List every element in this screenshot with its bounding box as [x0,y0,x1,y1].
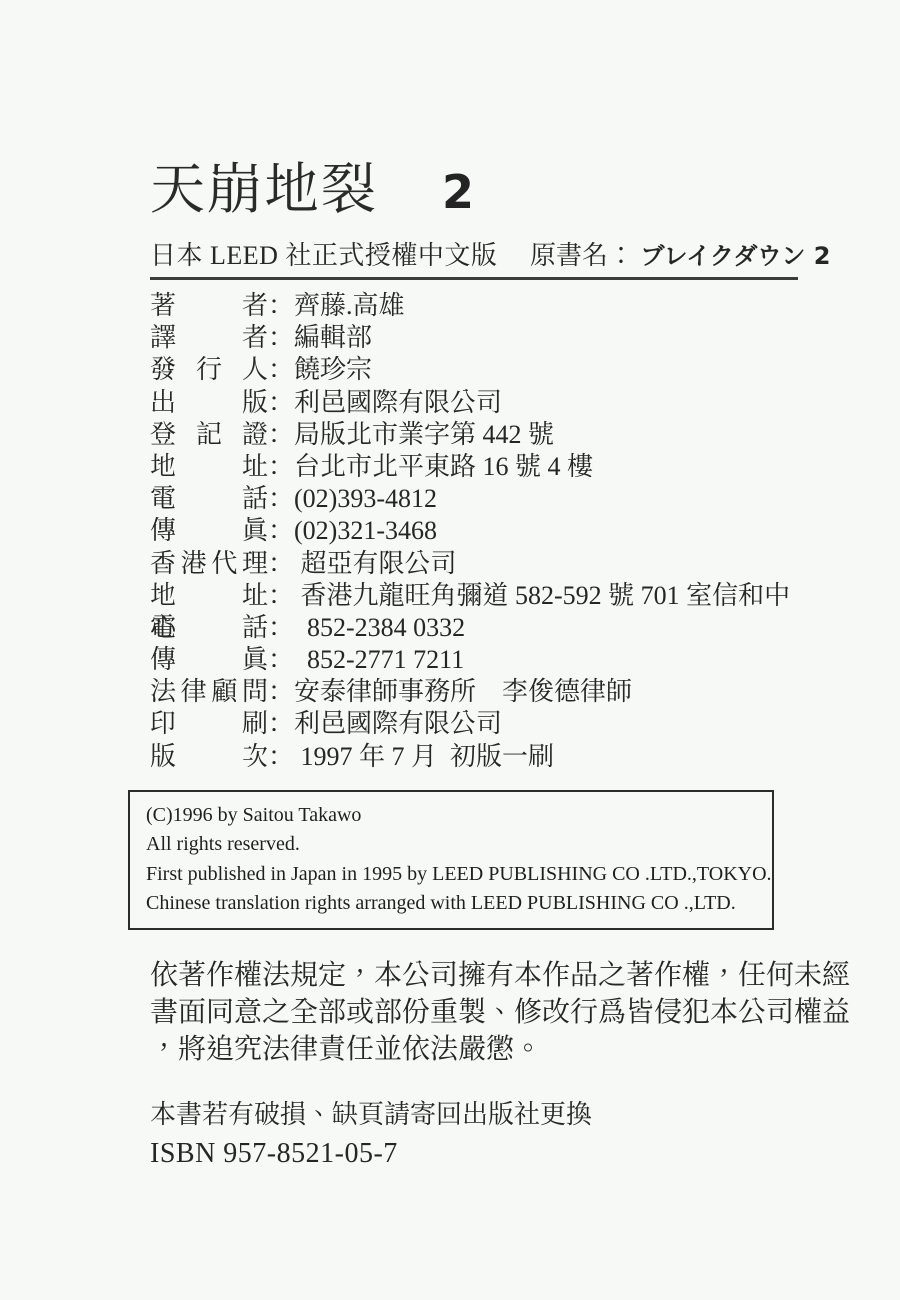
colophon-row-label: 傳眞 [150,515,268,547]
legal-notice-line: 依著作權法規定，本公司擁有本作品之著作權，任何未經 [150,957,798,994]
colophon-row-label: 電話 [150,483,268,515]
book-title: 天崩地裂 [150,145,378,224]
colophon-row-value: 1997 年 7 月 初版一刷 [294,742,554,771]
colophon-row-label: 地址 [150,580,268,612]
legal-notice-line: 書面同意之全部或部份重製、修改行爲皆侵犯本公司權益 [150,994,798,1031]
colophon-row-value: (02)321-3468 [294,516,437,545]
colophon-row: 出版：利邑國際有限公司 [150,387,798,419]
colophon-row: 電話： 852-2384 0332 [150,612,798,644]
colophon-row-value: 編輯部 [294,323,372,352]
colophon-row-colon: ： [268,451,294,483]
title-block: 天崩地裂 2 [150,145,798,217]
colophon-row-value: 852-2771 7211 [294,645,464,674]
colophon-row: 印刷：利邑國際有限公司 [150,708,798,740]
isbn-number: ISBN 957-8521-05-7 [150,1136,798,1172]
colophon-row-label: 發行人 [150,354,268,386]
colophon-row-value: 局版北市業字第 442 號 [294,420,554,449]
colophon-row-colon: ： [268,676,294,708]
copyright-line: (C)1996 by Saitou Takawo [146,801,756,831]
colophon-row: 傳眞：(02)321-3468 [150,515,798,547]
colophon-row-label: 版次 [150,741,268,773]
colophon-row-label: 出版 [150,387,268,419]
colophon-row-value: 利邑國際有限公司 [294,709,502,738]
book-volume-number: 2 [442,165,474,219]
colophon-row-colon: ： [268,483,294,515]
colophon-row: 登記證：局版北市業字第 442 號 [150,419,798,451]
original-title-label: 原書名： [530,241,634,270]
footer-block: 本書若有破損、缺頁請寄回出版社更換 ISBN 957-8521-05-7 [150,1098,798,1172]
colophon-row-label: 譯者 [150,322,268,354]
legal-notice-line: ，將追究法律責任並依法嚴懲。 [150,1031,798,1068]
original-title-text: ブレイクダウン 2 [640,242,830,270]
colophon-row-label: 法律顧問 [150,676,268,708]
colophon-row-label: 電話 [150,612,268,644]
damaged-copy-notice: 本書若有破損、缺頁請寄回出版社更換 [150,1098,798,1132]
colophon-row-label: 傳眞 [150,644,268,676]
colophon-row-colon: ： [268,387,294,419]
colophon-row-value: 852-2384 0332 [294,613,465,642]
copyright-line: All rights reserved. [146,830,756,860]
colophon-row: 版次： 1997 年 7 月 初版一刷 [150,741,798,773]
colophon-row-value: 齊藤.高雄 [294,291,405,320]
colophon-row-colon: ： [268,644,294,676]
colophon-row: 香港代理： 超亞有限公司 [150,548,798,580]
colophon-row-label: 登記證 [150,419,268,451]
colophon-row-colon: ： [268,708,294,740]
license-text: 日本 LEED 社正式授權中文版 [150,241,497,270]
colophon-row: 發行人：饒珍宗 [150,354,798,386]
colophon-row-colon: ： [268,354,294,386]
colophon-rows: 著者：齊藤.高雄 譯者：編輯部 發行人：饒珍宗 出版：利邑國際有限公司 登記證：… [150,290,798,773]
colophon-row-colon: ： [268,612,294,644]
colophon-row-value: 安泰律師事務所 李俊德律師 [294,677,632,706]
legal-notice: 依著作權法規定，本公司擁有本作品之著作權，任何未經 書面同意之全部或部份重製、修… [150,957,798,1068]
page-content: 天崩地裂 2 日本 LEED 社正式授權中文版 原書名： ブレイクダウン 2 著… [150,145,798,1172]
colophon-row: 電話：(02)393-4812 [150,483,798,515]
colophon-row: 傳眞： 852-2771 7211 [150,644,798,676]
colophon-row-colon: ： [268,322,294,354]
copyright-line: First published in Japan in 1995 by LEED… [146,860,756,890]
colophon-row-colon: ： [268,580,294,612]
colophon-row: 譯者：編輯部 [150,322,798,354]
colophon-row-colon: ： [268,548,294,580]
colophon-row-colon: ： [268,515,294,547]
colophon-row: 著者：齊藤.高雄 [150,290,798,322]
license-subtitle: 日本 LEED 社正式授權中文版 原書名： ブレイクダウン 2 [150,235,798,280]
scanned-colophon-page: 天崩地裂 2 日本 LEED 社正式授權中文版 原書名： ブレイクダウン 2 著… [0,0,900,1300]
colophon-row-colon: ： [268,290,294,322]
colophon-row-value: 饒珍宗 [294,355,372,384]
colophon-row: 法律顧問：安泰律師事務所 李俊德律師 [150,676,798,708]
colophon-row-label: 著者 [150,290,268,322]
colophon-row-value: (02)393-4812 [294,484,437,513]
colophon-row-label: 印刷 [150,708,268,740]
colophon-row: 地址：台北市北平東路 16 號 4 樓 [150,451,798,483]
colophon-row-colon: ： [268,419,294,451]
colophon-row: 地址： 香港九龍旺角彌道 582-592 號 701 室信和中心 [150,580,798,612]
copyright-line: Chinese translation rights arranged with… [146,889,756,919]
colophon-row-colon: ： [268,741,294,773]
colophon-row-label: 香港代理 [150,548,268,580]
colophon-row-value: 台北市北平東路 16 號 4 樓 [294,452,593,481]
colophon-row-value: 利邑國際有限公司 [294,388,502,417]
colophon-row-label: 地址 [150,451,268,483]
colophon-row-value: 超亞有限公司 [294,549,457,578]
copyright-box: (C)1996 by Saitou Takawo All rights rese… [128,790,774,930]
